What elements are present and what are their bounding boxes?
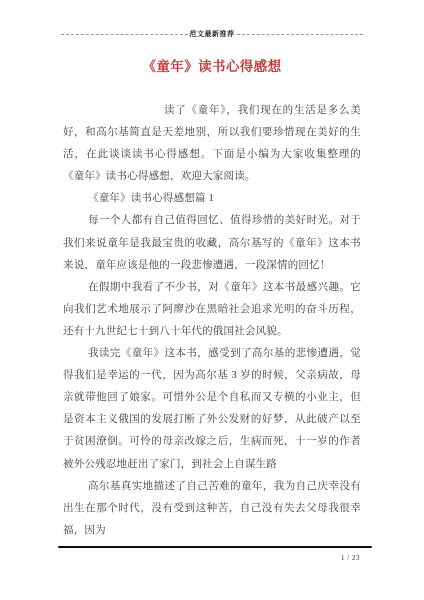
paragraph: 我读完《童年》这本书，感受到了高尔基的悲惨遭遇，觉得我们是幸运的一代，因为高尔基… [63, 343, 361, 476]
header-dash-left [61, 34, 188, 35]
body-text: 读了《童年》，我们现在的生活是多么美好，和高尔基简直是天差地别，所以我们要珍惜现… [63, 100, 361, 542]
document-content: 《童年》读书心得感想 读了《童年》，我们现在的生活是多么美好，和高尔基简直是天差… [63, 55, 361, 542]
header-dash-right [237, 34, 364, 35]
paragraph: 高尔基真实地描述了自己苦难的童年，我为自己庆幸没有出生在那个时代，没有受到这种苦… [63, 476, 361, 542]
document-page: 范文最新推荐 《童年》读书心得感想 读了《童年》，我们现在的生活是多么美好，和高… [0, 0, 424, 600]
footer-rule [58, 546, 372, 548]
paragraph: 在假期中我看了不少书，对《童年》这本书最感兴趣。它向我们艺术地展示了阿廖沙在黑暗… [63, 277, 361, 343]
page-number: 1 / 23 [341, 554, 360, 562]
page-header: 范文最新推荐 [61, 0, 363, 39]
page-title: 《童年》读书心得感想 [63, 55, 361, 75]
paragraph-intro: 读了《童年》，我们现在的生活是多么美好，和高尔基简直是天差地别，所以我们要珍惜现… [63, 100, 361, 188]
paragraph-section-heading: 《童年》读书心得感想篇 1 [63, 188, 361, 210]
header-label: 范文最新推荐 [188, 29, 237, 39]
paragraph: 每一个人都有自己值得回忆、值得珍惜的美好时光。对于我们来说童年是我最宝贵的收藏，… [63, 210, 361, 276]
